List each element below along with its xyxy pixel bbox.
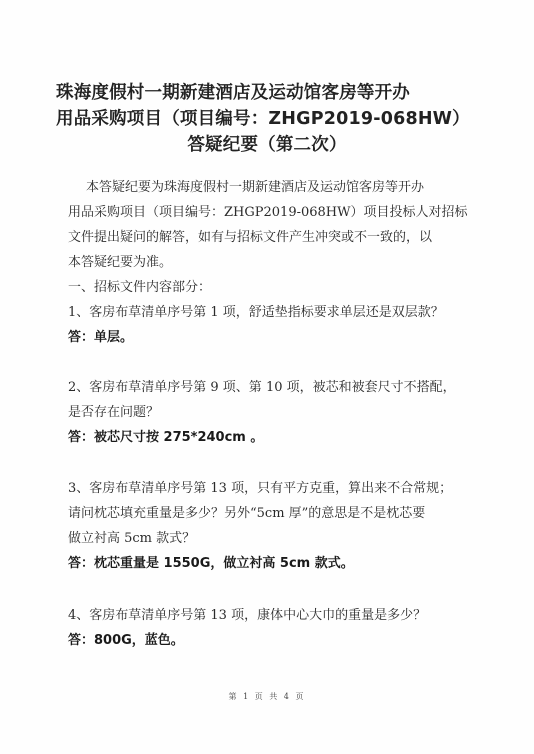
answer-1: 答：单层。: [68, 326, 478, 351]
question-2-line-1: 2、客房布草清单序号第 9 项、第 10 项，被芯和被套尺寸不搭配，: [68, 376, 478, 401]
title-line-3: 答疑纪要（第二次）: [56, 132, 478, 158]
question-3-line-1: 3、客房布草清单序号第 13 项，只有平方克重，算出来不合常规；: [68, 477, 478, 502]
intro-line-3: 文件提出疑问的解答，如有与招标文件产生冲突或不一致的，以: [68, 226, 478, 251]
intro-line-2: 用品采购项目（项目编号：ZHGP2019-068HW）项目投标人对招标: [68, 201, 478, 226]
section-heading: 一、招标文件内容部分：: [68, 276, 478, 301]
document-page: 珠海度假村一期新建酒店及运动馆客房等开办 用品采购项目（项目编号：ZHGP201…: [0, 0, 534, 754]
answer-2: 答：被芯尺寸按 275*240cm 。: [68, 426, 478, 451]
page-footer: 第 1 页 共 4 页: [0, 691, 534, 702]
question-3-line-3: 做立衬高 5cm 款式？: [68, 527, 478, 552]
document-title: 珠海度假村一期新建酒店及运动馆客房等开办 用品采购项目（项目编号：ZHGP201…: [56, 80, 478, 158]
intro-line-1: 本答疑纪要为珠海度假村一期新建酒店及运动馆客房等开办: [86, 176, 496, 201]
question-2-line-2: 是否存在问题？: [68, 401, 478, 426]
title-line-1: 珠海度假村一期新建酒店及运动馆客房等开办: [56, 80, 478, 106]
answer-3: 答：枕芯重量是 1550G，做立衬高 5cm 款式。: [68, 552, 478, 577]
intro-line-4: 本答疑纪要为准。: [68, 251, 478, 276]
title-line-2: 用品采购项目（项目编号：ZHGP2019-068HW）: [56, 106, 478, 132]
question-3-line-2: 请问枕芯填充重量是多少？另外“5cm 厚”的意思是不是枕芯要: [68, 502, 478, 527]
question-1-line-1: 1、客房布草清单序号第 1 项，舒适垫指标要求单层还是双层款？: [68, 301, 478, 326]
answer-4: 答：800G，蓝色。: [68, 629, 478, 654]
question-4-line-1: 4、客房布草清单序号第 13 项，康体中心大巾的重量是多少？: [68, 604, 478, 629]
